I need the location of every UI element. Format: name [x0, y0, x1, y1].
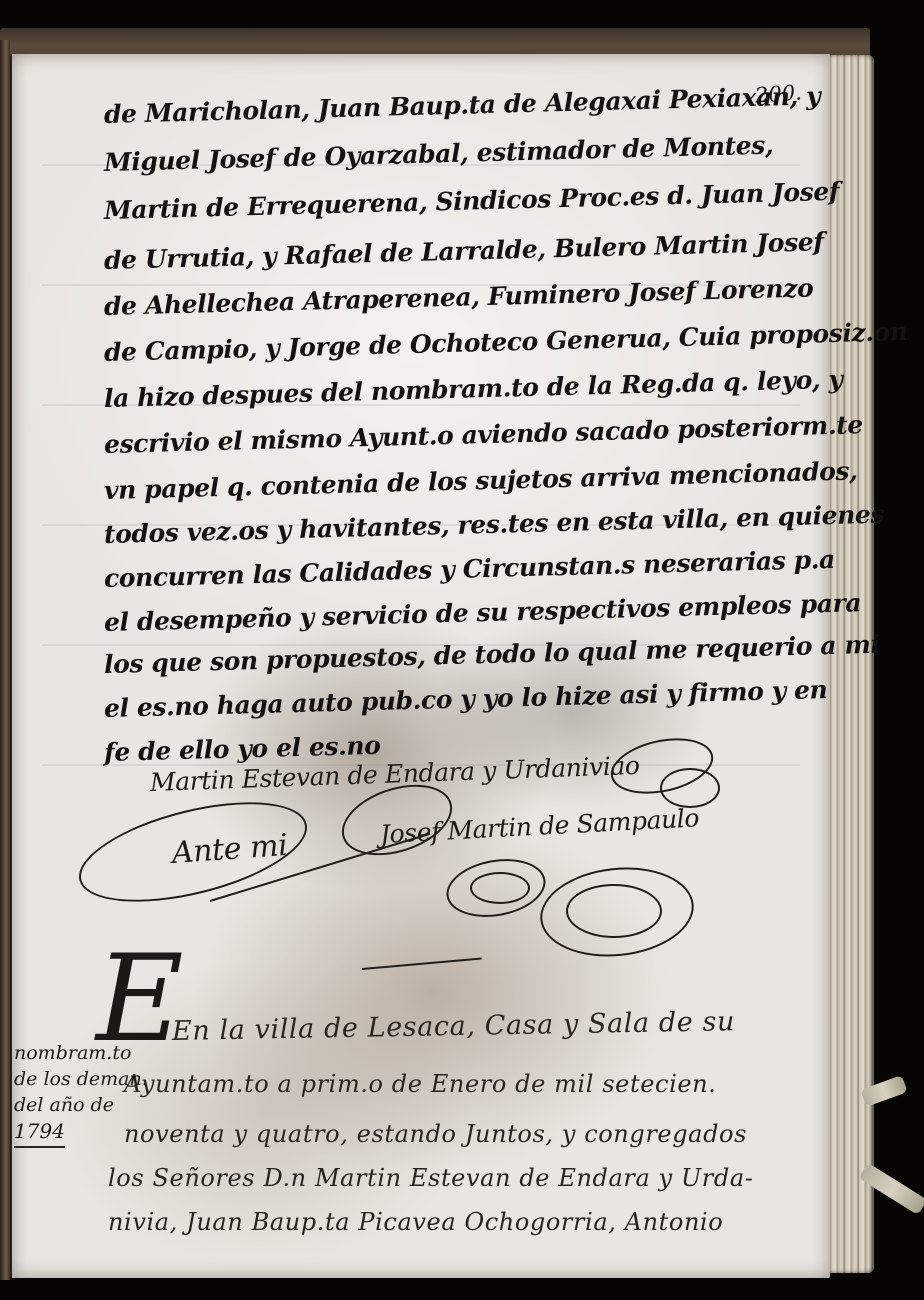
margin-note: nombram.to de los deman. del año de 1794	[14, 1040, 148, 1148]
text-line: Ayuntam.to a prim.o de Enero de mil sete…	[124, 1070, 716, 1098]
notary-rubric-flourish	[470, 872, 530, 904]
book-spine-edge	[0, 40, 10, 1280]
notary-rubric-flourish	[566, 884, 662, 938]
text-line: nivia, Juan Baup.ta Picavea Ochogorria, …	[108, 1208, 723, 1236]
text-line: los Señores D.n Martin Estevan de Endara…	[108, 1164, 753, 1192]
margin-note-line: del año de	[14, 1092, 148, 1118]
margin-note-line: de los deman.	[14, 1066, 148, 1092]
margin-note-year: 1794	[14, 1118, 65, 1148]
signature-rubric-flourish	[660, 768, 720, 808]
archive-photo: 200. de Maricholan, Juan Baup.ta de Aleg…	[0, 0, 924, 1300]
text-line: noventa y quatro, estando Juntos, y cong…	[124, 1120, 747, 1148]
margin-note-line: nombram.to	[14, 1040, 148, 1066]
